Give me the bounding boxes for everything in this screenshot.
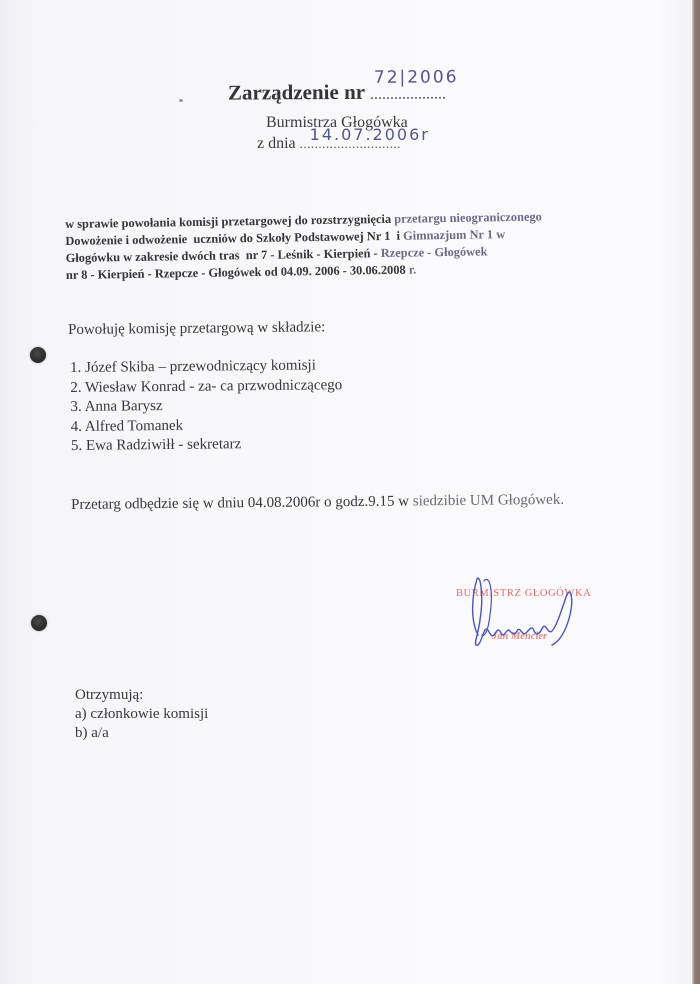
tender-text: Przetarg odbędzie się w dniu 04.08.2006r… <box>71 493 413 513</box>
committee-member: 2. Wiesław Konrad - za- ca przwodniczące… <box>70 376 342 398</box>
title-prefix: Zarządzenie nr <box>228 80 365 105</box>
subject-text: nr 8 - Kierpień - Rzepcze - Głogówek od … <box>66 263 409 282</box>
tender-info: Przetarg odbędzie się w dniu 04.08.2006r… <box>71 492 564 514</box>
committee-intro: Powołuję komisję przetargową w składzie: <box>68 319 325 339</box>
date-field: ........................... 14.07.2006r <box>300 135 401 153</box>
subject-text-faded: Gimnazjum Nr 1 w <box>403 227 505 243</box>
document-date: 14.07.2006r <box>310 125 430 144</box>
committee-members-list: 1. Józef Skiba – przewodniczący komisji … <box>70 356 343 456</box>
signature-icon <box>460 575 590 655</box>
subject-text-faded: r. <box>409 262 417 276</box>
date-prefix: z dnia <box>257 135 296 152</box>
punch-hole-bottom <box>31 615 47 631</box>
date-line: z dnia ........................... 14.07… <box>257 135 401 153</box>
subject-text-faded: przetargu nieograniczonego <box>394 210 542 226</box>
recipients-label: Otrzymują: <box>75 686 208 705</box>
scan-edge <box>692 0 700 984</box>
recipient-item: a) członkowie komisji <box>75 705 208 724</box>
tender-end: . <box>560 492 564 508</box>
document-page: Zarządzenie nr ................... 72|20… <box>0 0 692 984</box>
recipients-block: Otrzymują: a) członkowie komisji b) a/a <box>75 686 208 743</box>
subject-paragraph: w sprawie powołania komisji przetargowej… <box>65 207 636 284</box>
number-dots: ................... <box>370 85 446 102</box>
tender-place: siedzibie UM Głogówek <box>413 492 561 510</box>
ordinance-number: 72|2006 <box>374 67 459 87</box>
recipient-item: b) a/a <box>75 724 208 743</box>
ordinance-number-field: ................... 72|2006 <box>370 79 446 104</box>
committee-member: 5. Ewa Radziwiłł - sekretarz <box>71 434 343 456</box>
scan-speck <box>179 99 183 102</box>
document-title: Zarządzenie nr ................... 72|20… <box>228 79 446 105</box>
punch-hole-top <box>30 347 46 363</box>
subject-text-faded: Rzepcze - Głogówek <box>381 244 488 260</box>
committee-member: 1. Józef Skiba – przewodniczący komisji <box>70 356 342 378</box>
